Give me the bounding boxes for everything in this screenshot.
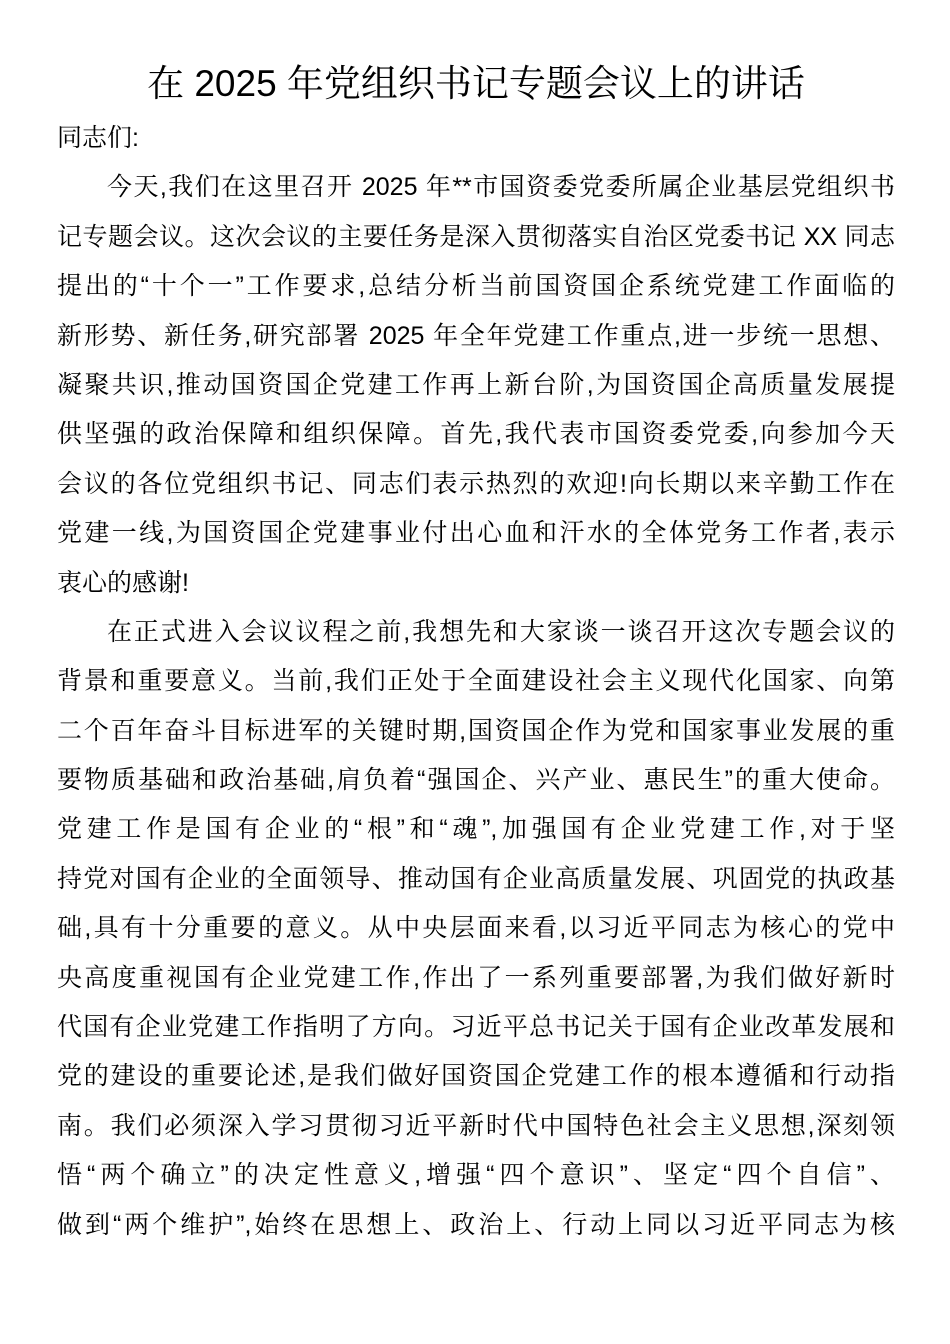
paragraph-line: 悟“两个确立”的决定性意义,增强“四个意识”、坚定“四个自信”、 — [57, 1151, 895, 1200]
paragraph-line: 代国有企业党建工作指明了方向。习近平总书记关于国有企业改革发展和 — [57, 1003, 895, 1052]
paragraph-line: 新形势、新任务,研究部署 2025 年全年党建工作重点,进一步统一思想、 — [57, 312, 895, 361]
paragraph-line: 二个百年奋斗目标进军的关键时期,国资国企作为党和国家事业发展的重 — [57, 707, 895, 756]
paragraph-line: 在正式进入会议议程之前,我想先和大家谈一谈召开这次专题会议的 — [57, 608, 895, 657]
paragraph-line: 党建一线,为国资国企党建事业付出心血和汗水的全体党务工作者,表示 — [57, 509, 895, 558]
paragraph-line: 衷心的感谢! — [57, 559, 895, 608]
paragraph-line: 凝聚共识,推动国资国企党建工作再上新台阶,为国资国企高质量发展提 — [57, 361, 895, 410]
paragraph-line: 做到“两个维护”,始终在思想上、政治上、行动上同以习近平同志为核 — [57, 1201, 895, 1250]
paragraph-line: 南。我们必须深入学习贯彻习近平新时代中国特色社会主义思想,深刻领 — [57, 1102, 895, 1151]
paragraph-line: 提出的“十个一”工作要求,总结分析当前国资国企系统党建工作面临的 — [57, 262, 895, 311]
paragraph-line: 背景和重要意义。当前,我们正处于全面建设社会主义现代化国家、向第 — [57, 657, 895, 706]
paragraph-line: 今天,我们在这里召开 2025 年**市国资委党委所属企业基层党组织书 — [57, 163, 895, 212]
paragraph-line: 央高度重视国有企业党建工作,作出了一系列重要部署,为我们做好新时 — [57, 954, 895, 1003]
paragraph-line: 持党对国有企业的全面领导、推动国有企业高质量发展、巩固党的执政基 — [57, 855, 895, 904]
paragraph-line: 党的建设的重要论述,是我们做好国资国企党建工作的根本遵循和行动指 — [57, 1052, 895, 1101]
document-title: 在 2025 年党组织书记专题会议上的讲话 — [57, 60, 895, 108]
paragraph-line: 记专题会议。这次会议的主要任务是深入贯彻落实自治区党委书记 XX 同志 — [57, 213, 895, 262]
paragraph-line: 供坚强的政治保障和组织保障。首先,我代表市国资委党委,向参加今天 — [57, 410, 895, 459]
salutation-line: 同志们: — [57, 114, 895, 163]
paragraph-line: 础,具有十分重要的意义。从中央层面来看,以习近平同志为核心的党中 — [57, 904, 895, 953]
paragraph: 在正式进入会议议程之前,我想先和大家谈一谈召开这次专题会议的背景和重要意义。当前… — [57, 608, 895, 1250]
paragraph-line: 党建工作是国有企业的“根”和“魂”,加强国有企业党建工作,对于坚 — [57, 805, 895, 854]
document-page: 在 2025 年党组织书记专题会议上的讲话 同志们: 今天,我们在这里召开 20… — [0, 0, 950, 1344]
document-body: 今天,我们在这里召开 2025 年**市国资委党委所属企业基层党组织书记专题会议… — [57, 163, 895, 1250]
paragraph: 今天,我们在这里召开 2025 年**市国资委党委所属企业基层党组织书记专题会议… — [57, 163, 895, 608]
paragraph-line: 要物质基础和政治基础,肩负着“强国企、兴产业、惠民生”的重大使命。 — [57, 756, 895, 805]
paragraph-line: 会议的各位党组织书记、同志们表示热烈的欢迎!向长期以来辛勤工作在 — [57, 460, 895, 509]
